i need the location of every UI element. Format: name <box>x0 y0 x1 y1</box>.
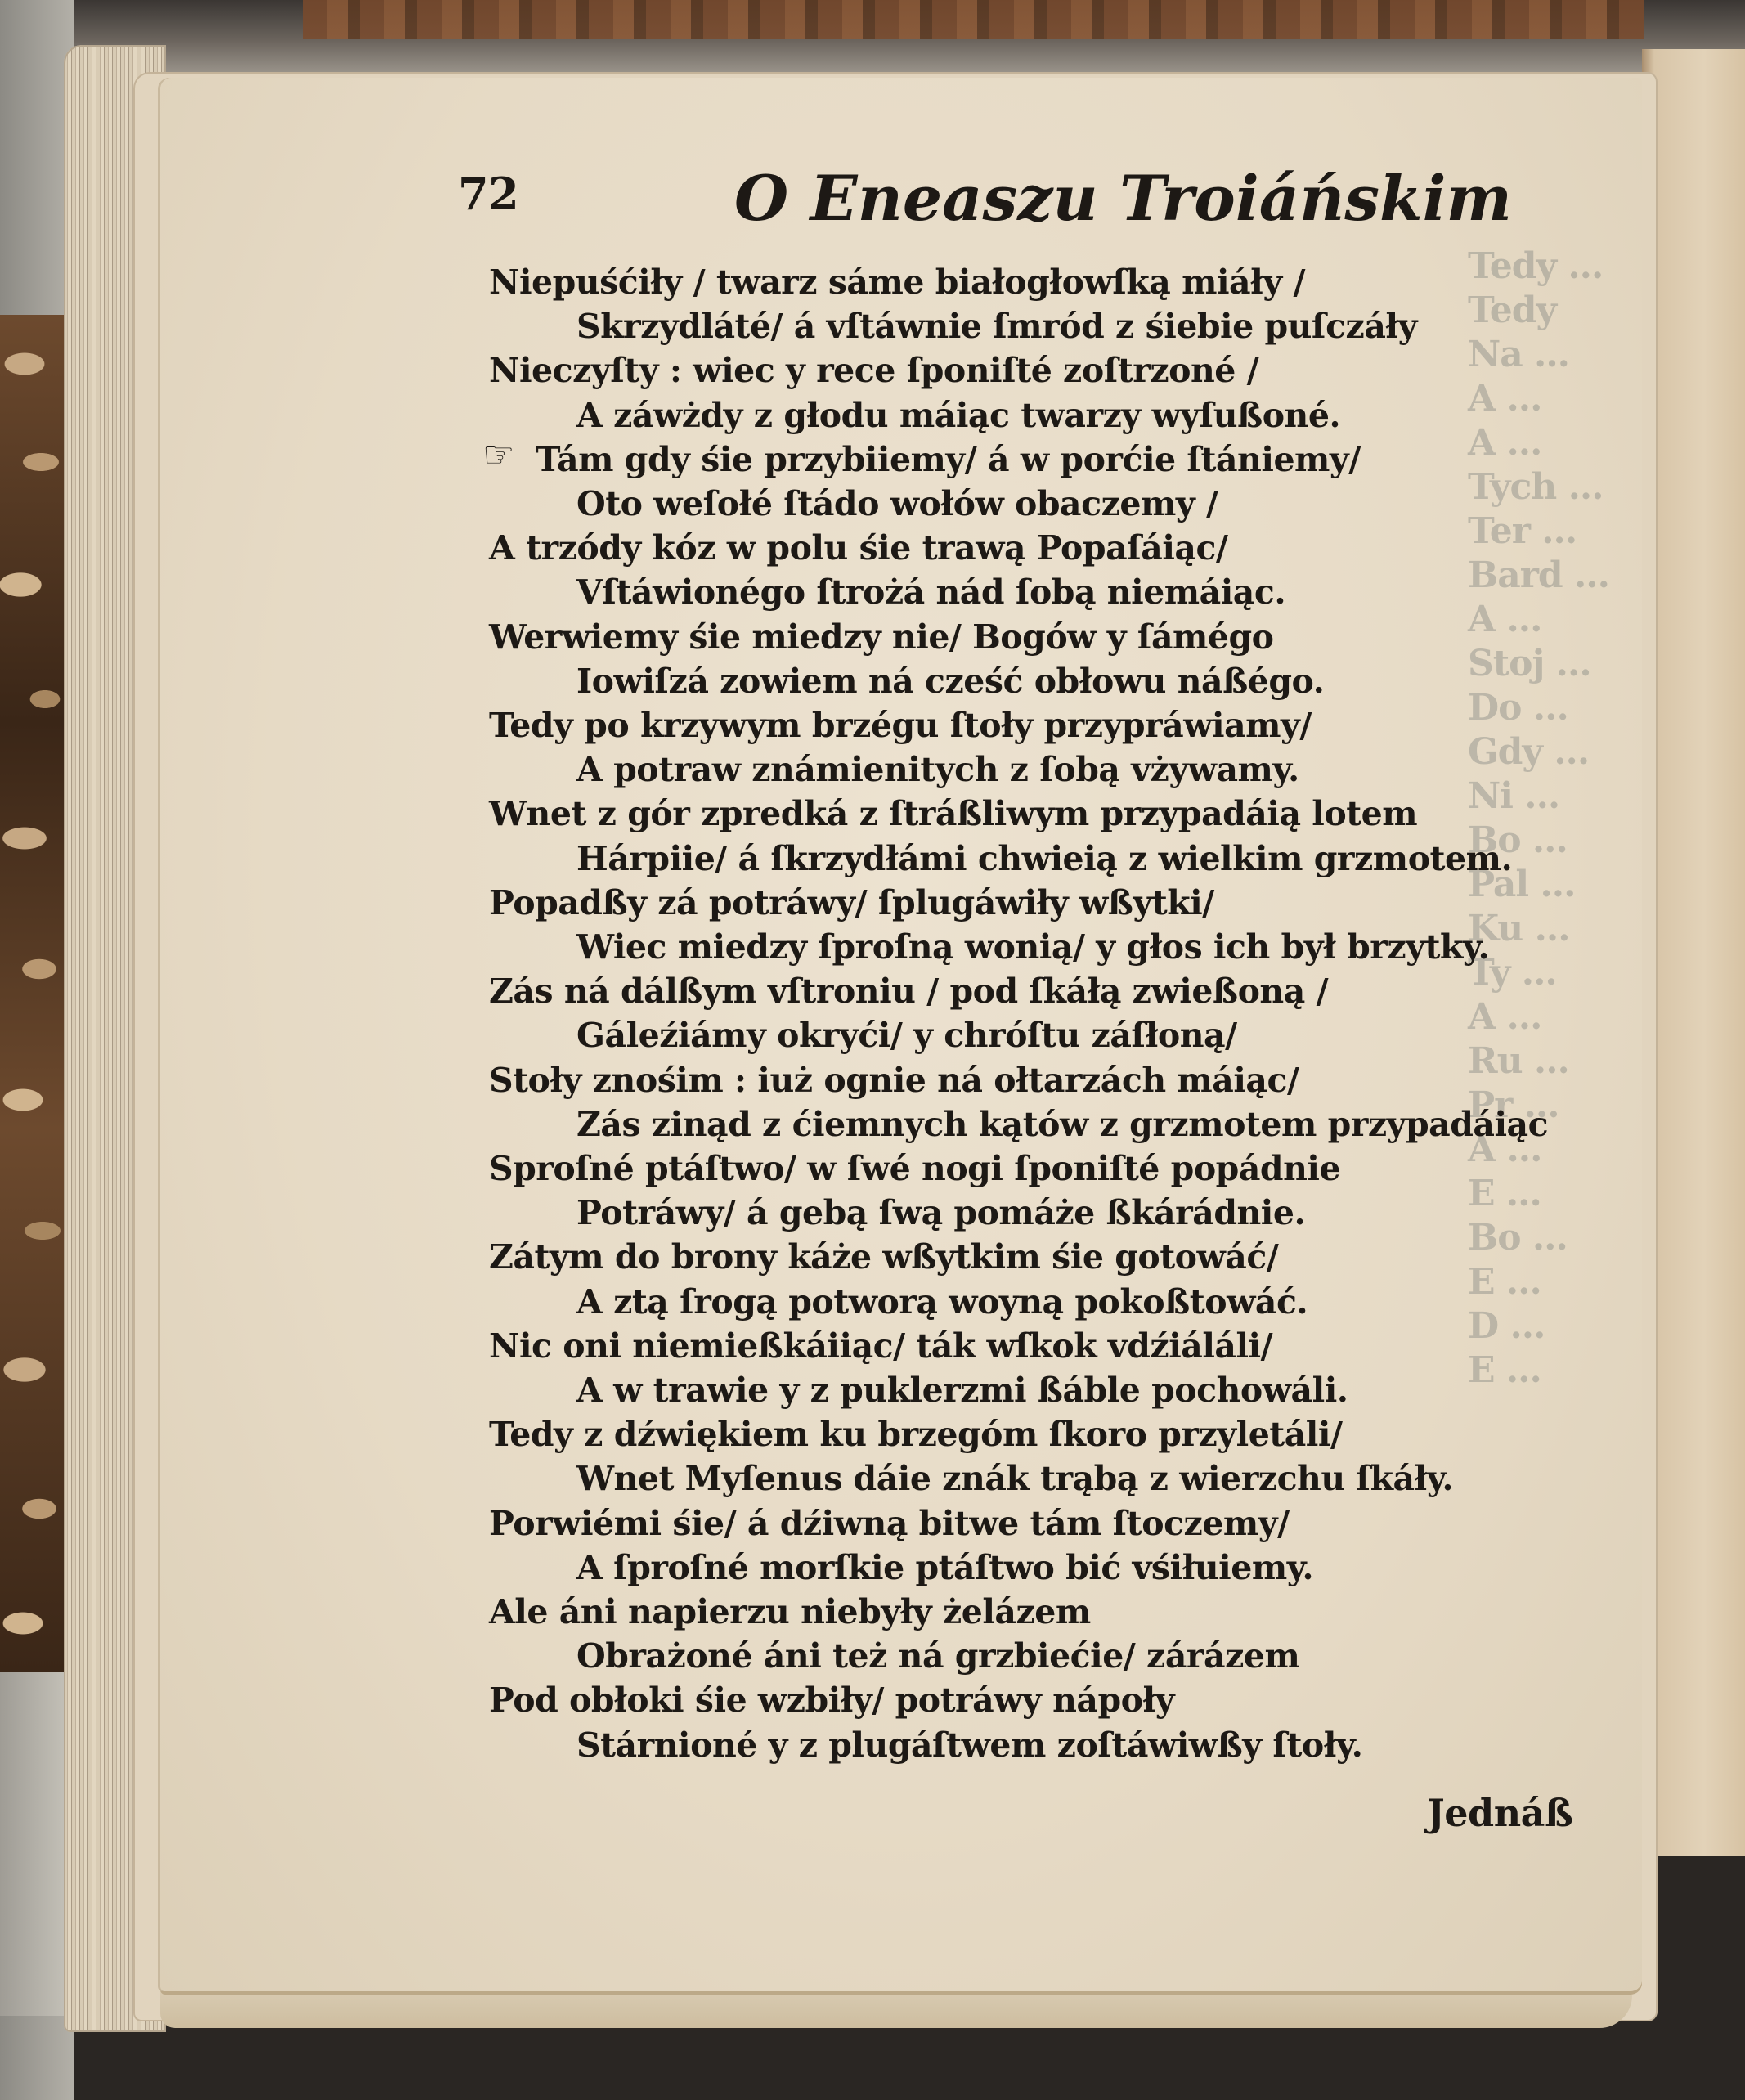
folio-number: 72 <box>458 168 518 220</box>
marbled-paper-board <box>0 315 64 1672</box>
show-through-line: Bo ... <box>1468 1217 1568 1259</box>
verse-line: A potraw známienitych z ſobą vżywamy. <box>576 747 1299 792</box>
show-through-line: Ni ... <box>1468 775 1559 817</box>
verse-line: Tedy po krzywym brzégu ſtoły przypráwiam… <box>489 703 1312 747</box>
verse-line: Potráwy/ á gebą ſwą pomáże ßkárádnie. <box>576 1191 1305 1235</box>
verse-line: A ztą ſrogą potworą woyną pokoßtowáć. <box>576 1280 1308 1324</box>
catchword: Jednáß <box>1427 1791 1572 1835</box>
show-through-line: Stoj ... <box>1468 643 1591 684</box>
show-through-line: A ... <box>1468 378 1541 420</box>
running-head: O Eneaszu Troiáńskim <box>734 162 1512 235</box>
show-through-line: A ... <box>1468 996 1541 1038</box>
show-through-line: Ter ... <box>1468 510 1577 552</box>
verse-line: Zás zinąd z ćiemnych kątów z grzmotem pr… <box>576 1102 1548 1146</box>
show-through-line: Do ... <box>1468 687 1568 729</box>
verse-line: Wnet Myſenus dáie znák trąbą z wierzchu … <box>576 1456 1453 1501</box>
show-through-line: A ... <box>1468 422 1541 464</box>
verse-line: Pod obłoki śie wzbiły/ potráwy nápoły <box>489 1678 1174 1722</box>
verse-line: Hárpiie/ á ſkrzydłámi chwieią z wielkim … <box>576 837 1512 881</box>
verse-line: A ſproſné morſkie ptáſtwo bić vśiłuiemy. <box>576 1546 1313 1590</box>
verse-line: Nieczyſty : wiec y rece ſponiſté zoſtrzo… <box>489 348 1258 393</box>
show-through-line: D ... <box>1468 1305 1545 1347</box>
verse-line: A trzódy kóz w polu śie trawą Popaſáiąc/ <box>489 526 1227 570</box>
verse-line: Wnet z gór zpredká z ſtráßliwym przypadá… <box>489 792 1417 836</box>
show-through-line: Na ... <box>1468 334 1569 375</box>
facing-page-gutter <box>1642 49 1745 1856</box>
show-through-line: Ru ... <box>1468 1040 1569 1082</box>
show-through-line: A ... <box>1468 599 1541 640</box>
verse-line: Wiec miedzy ſproſną wonią/ y głos ich by… <box>576 925 1489 969</box>
verse-line: Ale áni napierzu niebyły żelázem <box>489 1590 1091 1634</box>
verse-line: A záwżdy z głodu máiąc twarzy wyſußoné. <box>576 393 1340 437</box>
show-through-line: Gdy ... <box>1468 731 1589 773</box>
verse-line: Tedy z dźwiękiem ku brzegóm ſkoro przyle… <box>489 1412 1342 1456</box>
verse-line: Stoły znośim : iuż ognie ná ołtarzách má… <box>489 1058 1299 1102</box>
show-through-line: E ... <box>1468 1261 1541 1303</box>
verse-line: Nic oni niemießkáiiąc/ ták wſkok vdźiálá… <box>489 1324 1272 1368</box>
show-through-line: E ... <box>1468 1173 1541 1214</box>
show-through-line: Tedy <box>1468 289 1556 331</box>
verse-line: Iowiſzá zowiem ná cześć obłowu náßégo. <box>576 659 1324 703</box>
verse-line: Gáleźiámy okryći/ y chróſtu záſłoną/ <box>576 1013 1237 1057</box>
verse-line: Oto weſołé ſtádo wołów obaczemy / <box>576 482 1218 526</box>
spine-leather-strip <box>303 0 1644 39</box>
verse-line: Niepuśćiły / twarz sáme białogłowſką miá… <box>489 260 1305 304</box>
verse-line: Stárnioné y z plugáſtwem zoſtáwiwßy ſtoł… <box>576 1723 1362 1767</box>
verse-line: Popadßy zá potráwy/ ſplugáwiły wßytki/ <box>489 881 1214 925</box>
show-through-line: Bard ... <box>1468 554 1609 596</box>
verse-line: Zás ná dálßym vſtroniu / pod ſkáłą zwieß… <box>489 969 1328 1013</box>
show-through-line: Tych ... <box>1468 466 1604 508</box>
verse-line: Sproſné ptáſtwo/ w ſwé nogi ſponiſté pop… <box>489 1146 1340 1191</box>
verse-line: Tám gdy śie przybiiemy/ á w porćie ſtáni… <box>536 437 1361 482</box>
show-through-line: Tedy ... <box>1468 245 1603 287</box>
vellum-corner-lower <box>0 1672 64 2016</box>
show-through-line: E ... <box>1468 1349 1541 1391</box>
paragraph-mark-icon: ☞ <box>482 434 514 476</box>
verse-line: Skrzydláté/ á vſtáwnie ſmród z śiebie pu… <box>576 304 1417 348</box>
verse-line: Zátym do brony káże wßytkim śie gotowáć/ <box>489 1235 1278 1279</box>
verse-line: Porwiémi śie/ á dźiwną bitwe tám ſtoczem… <box>489 1501 1290 1546</box>
verse-line: A w trawie y z puklerzmi ßáble pochowáli… <box>576 1368 1348 1412</box>
verse-line: Vſtáwionégo ſtrożá nád ſobą niemáiąc. <box>576 570 1285 614</box>
verse-line: Obrażoné áni też ná grzbiećie/ zárázem <box>576 1634 1299 1678</box>
verse-line: Werwiemy śie miedzy nie/ Bogów y ſámégo <box>489 615 1274 659</box>
